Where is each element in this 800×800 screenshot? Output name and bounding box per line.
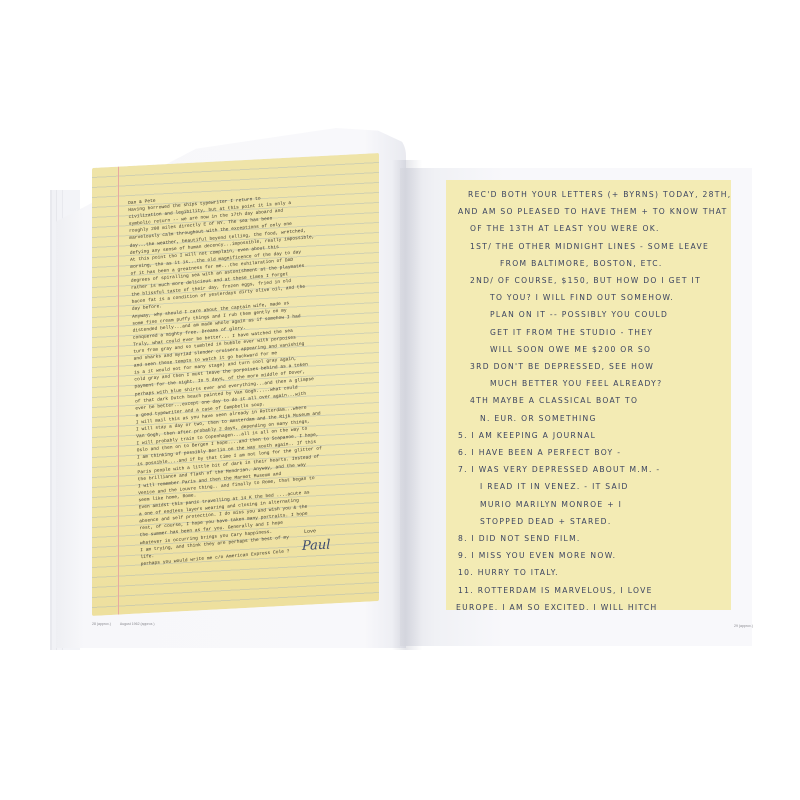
handwritten-line: N. EUR. OR SOMETHING (456, 410, 706, 427)
handwritten-line: 6. I HAVE BEEN A PERFECT BOY - (456, 444, 706, 461)
handwritten-line: 9. I MISS YOU EVEN MORE NOW. (456, 547, 706, 564)
right-folio: 29 (approx.) (734, 624, 753, 628)
handwritten-line: 11. ROTTERDAM IS MARVELOUS, I LOVE (456, 582, 706, 599)
handwritten-line: 8. I DID NOT SEND FILM. (456, 530, 706, 547)
right-page-number: 29 (approx.) (734, 624, 753, 628)
handwritten-line: GET IT FROM THE STUDIO - THEY (456, 324, 706, 341)
handwritten-line: WILL SOON OWE ME $200 OR SO (456, 341, 706, 358)
left-page-number: 28 (approx.) (92, 622, 111, 626)
handwritten-line: 4TH MAYBE A CLASSICAL BOAT TO (456, 392, 706, 409)
open-book: Dan & Pete Having borrowed the ships typ… (0, 0, 800, 800)
handwritten-line: 7. I WAS VERY DEPRESSED ABOUT M.M. - (456, 461, 706, 478)
typewritten-letter-body: Dan & Pete Having borrowed the ships typ… (128, 179, 379, 568)
handwritten-line: EUROPE, I AM SO EXCITED, I WILL HITCH (456, 599, 706, 610)
left-folio: 28 (approx.) August 1962 (approx.) (92, 622, 155, 626)
handwritten-line: 2ND/ OF COURSE, $150, BUT HOW DO I GET I… (456, 272, 706, 289)
handwritten-letter-body: REC'D BOTH YOUR LETTERS (+ BYRNS) TODAY,… (456, 186, 706, 610)
handwritten-line: TO YOU? I WILL FIND OUT SOMEHOW. (456, 289, 706, 306)
handwritten-line: 1ST/ THE OTHER MIDNIGHT LINES - SOME LEA… (456, 238, 706, 255)
handwritten-line: PLAN ON IT -- POSSIBLY YOU COULD (456, 306, 706, 323)
typewritten-letter: Dan & Pete Having borrowed the ships typ… (92, 153, 379, 616)
handwritten-line: 10. HURRY TO ITALY. (456, 564, 706, 581)
left-running-title: August 1962 (approx.) (120, 622, 155, 626)
spine-gutter (392, 160, 422, 650)
handwritten-line: I READ IT IN VENEZ. - IT SAID (456, 478, 706, 495)
handwritten-line: 3RD DON'T BE DEPRESSED, SEE HOW (456, 358, 706, 375)
handwritten-line: MURIO MARILYN MONROE + I (456, 496, 706, 513)
handwritten-letter: REC'D BOTH YOUR LETTERS (+ BYRNS) TODAY,… (446, 180, 731, 610)
letter-sign-off: Love (304, 528, 316, 535)
letter-signature: Paul (302, 538, 330, 554)
handwritten-line: STOPPED DEAD + STARED. (456, 513, 706, 530)
handwritten-line: FROM BALTIMORE, BOSTON, ETC. (456, 255, 706, 272)
handwritten-line: MUCH BETTER YOU FEEL ALREADY? (456, 375, 706, 392)
handwritten-line: OF THE 13TH AT LEAST YOU WERE OK. (456, 220, 706, 237)
handwritten-line: 5. I AM KEEPING A JOURNAL (456, 427, 706, 444)
handwritten-line: REC'D BOTH YOUR LETTERS (+ BYRNS) TODAY,… (456, 186, 706, 203)
handwritten-line: AND AM SO PLEASED TO HAVE THEM + TO KNOW… (456, 203, 706, 220)
